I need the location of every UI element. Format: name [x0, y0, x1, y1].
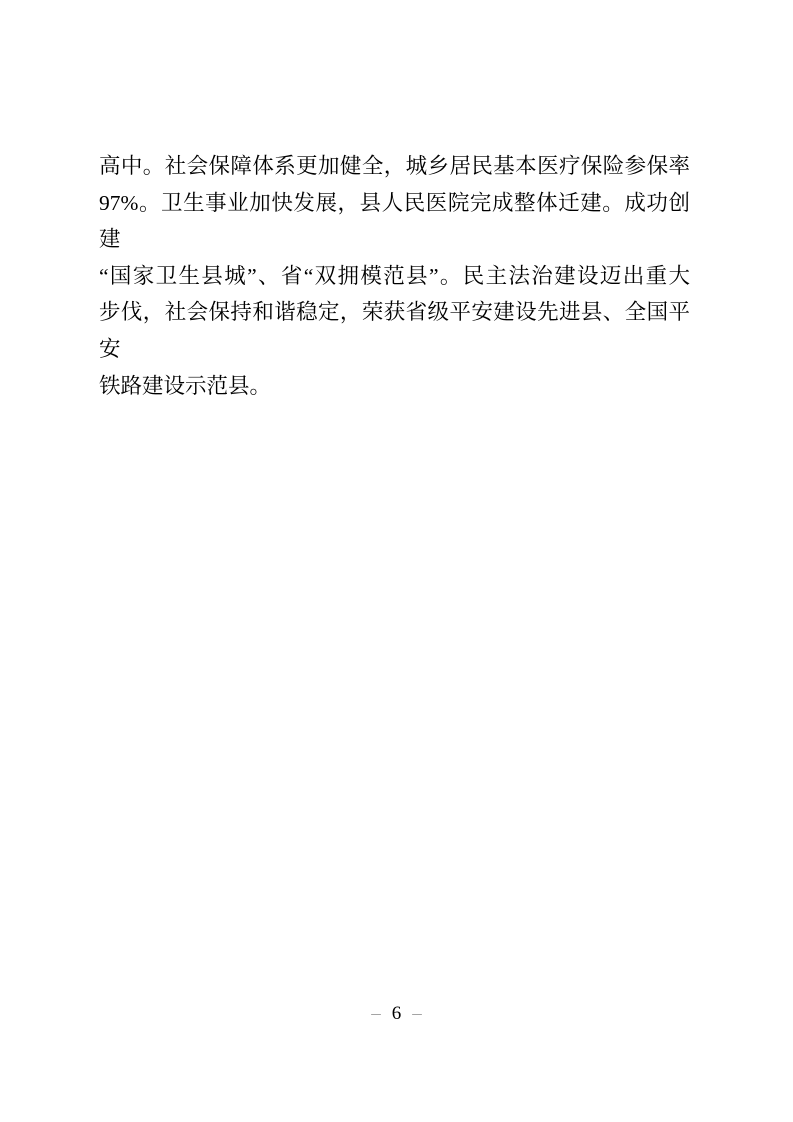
document-page: 高中。社会保障体系更加健全，城乡居民基本医疗保险参保率 97%。卫生事业加快发展… [0, 0, 793, 1122]
page-footer: –6– [0, 1000, 793, 1028]
paragraph-line-3: “国家卫生县城”、省“双拥模范县”。民主法治建设迈出重大 [99, 258, 690, 295]
page-number: 6 [392, 1000, 402, 1028]
paragraph-line-5: 铁路建设示范县。 [99, 368, 690, 405]
paragraph-line-2: 97%。卫生事业加快发展，县人民医院完成整体迁建。成功创建 [99, 185, 690, 258]
footer-right-dash: – [412, 1003, 422, 1024]
paragraph-line-1: 高中。社会保障体系更加健全，城乡居民基本医疗保险参保率 [99, 148, 690, 185]
footer-left-dash: – [371, 1003, 381, 1024]
body-paragraph: 高中。社会保障体系更加健全，城乡居民基本医疗保险参保率 97%。卫生事业加快发展… [99, 148, 690, 404]
paragraph-line-4: 步伐，社会保持和谐稳定，荣获省级平安建设先进县、全国平安 [99, 294, 690, 367]
